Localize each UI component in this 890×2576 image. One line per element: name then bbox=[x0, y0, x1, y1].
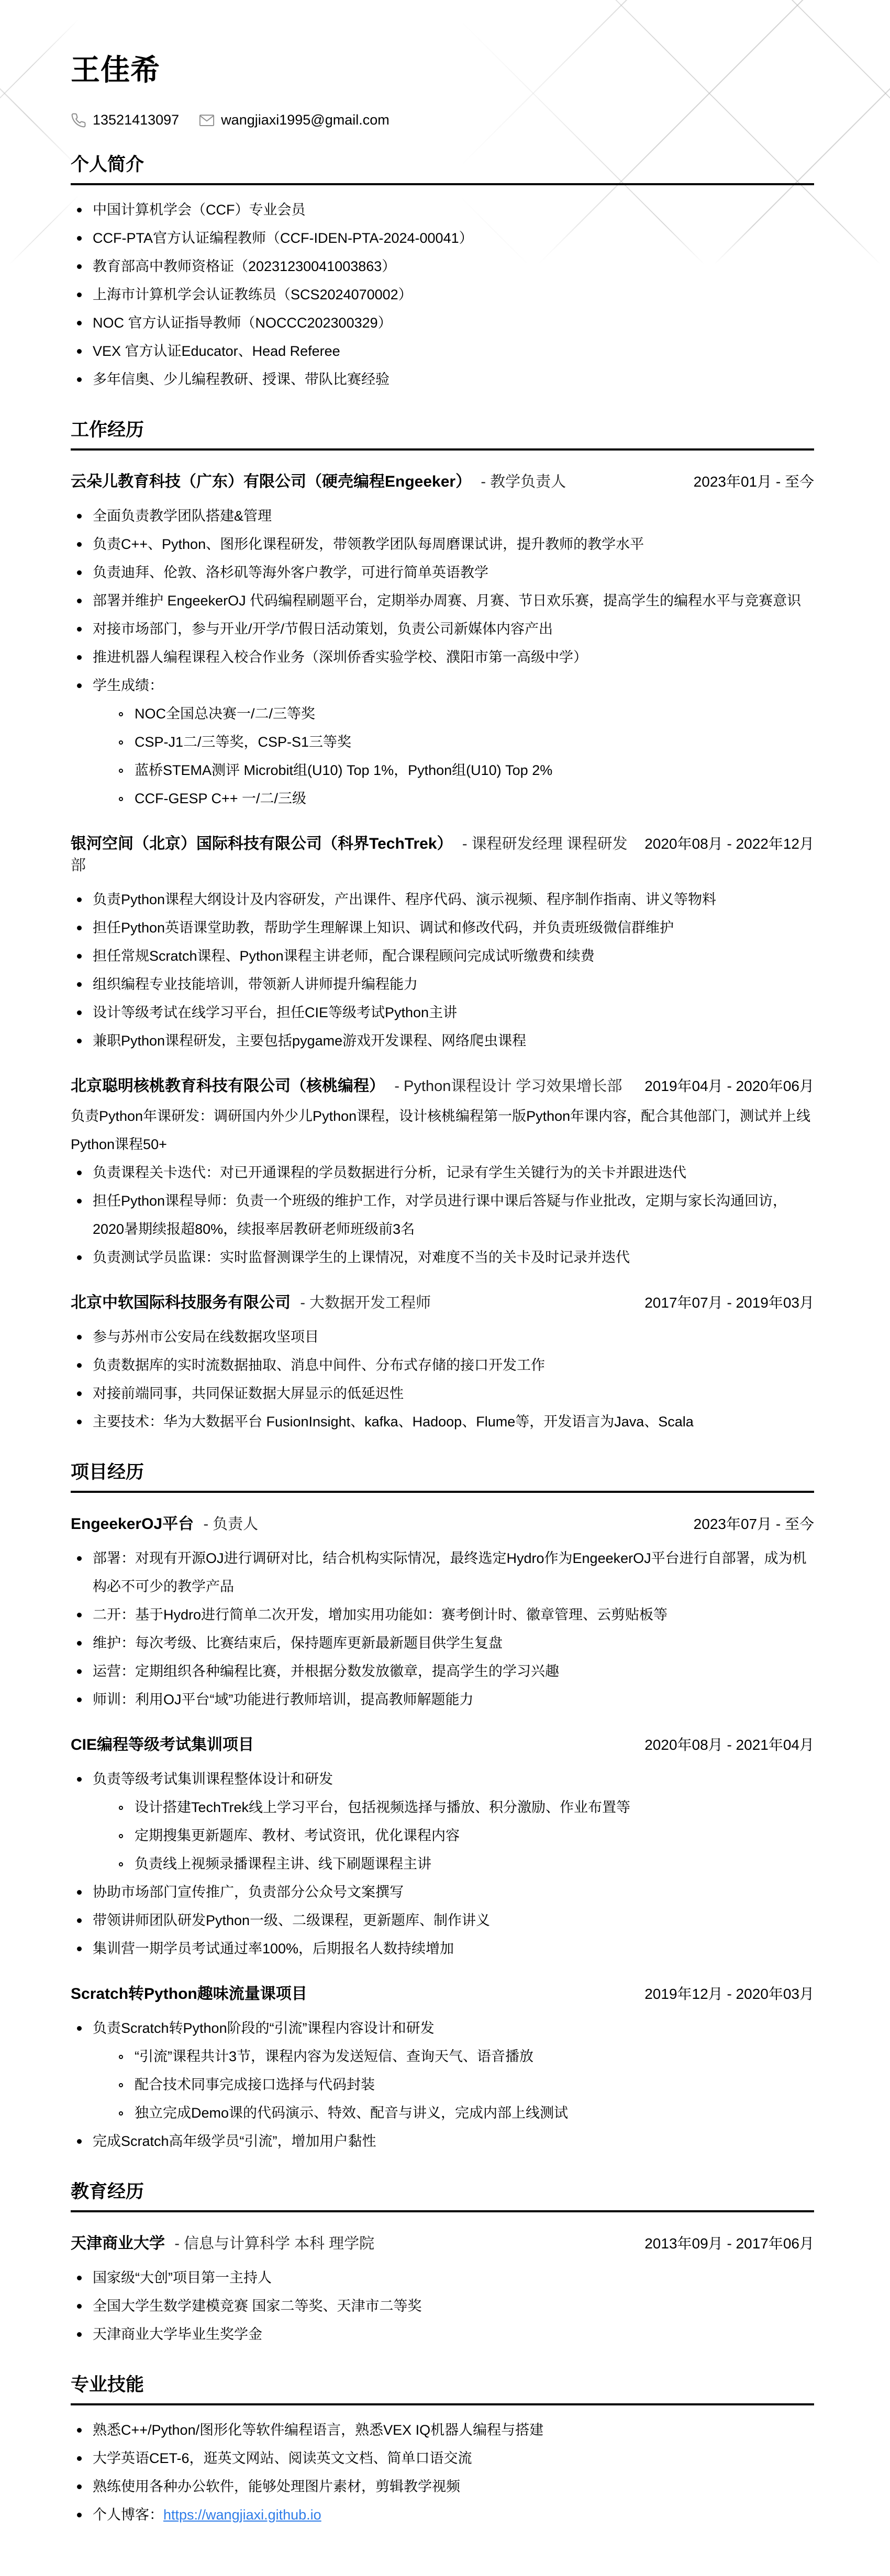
job-header-left: 云朵儿教育科技（广东）有限公司（硬壳编程Engeeker） - 教学负责人 bbox=[71, 468, 566, 491]
bullet-text: 运营：定期组织各种编程比赛，并根据分数发放徽章，提高学生的学习兴趣 bbox=[93, 1663, 559, 1679]
list-item: 负责等级考试集训课程整体设计和研发 设计搭建TechTrek线上学习平台，包括视… bbox=[71, 1765, 814, 1878]
list-item: 熟练使用各种办公软件，能够处理图片素材，剪辑教学视频 bbox=[71, 2472, 814, 2501]
grades-label: 学生成绩： bbox=[93, 678, 163, 693]
list-item: VEX 官方认证Educator、Head Referee bbox=[71, 337, 814, 365]
list-item: 组织编程专业技能培训，带领新人讲师提升编程能力 bbox=[71, 970, 814, 998]
bullet-text: 对接前端同事，共同保证数据大屏显示的低延迟性 bbox=[93, 1386, 404, 1401]
job-period: 2023年01月 - 至今 bbox=[694, 470, 814, 491]
project-name: EngeekerOJ平台 bbox=[71, 1515, 194, 1533]
bullet-text: 上海市计算机学会认证教练员（SCS2024070002） bbox=[93, 287, 413, 302]
job-header: 云朵儿教育科技（广东）有限公司（硬壳编程Engeeker） - 教学负责人 20… bbox=[71, 468, 814, 491]
job-period: 2020年08月 - 2022年12月 bbox=[644, 833, 814, 853]
list-item: 负责C++、Python、图形化课程研发，带领教学团队每周磨课试讲，提升教师的教… bbox=[71, 530, 814, 558]
bullet-text: 教育部高中教师资格证（20231230041003863） bbox=[93, 258, 396, 274]
bullet-text: 负责测试学员监课：实时监督测课学生的上课情况，对难度不当的关卡及时记录并迭代 bbox=[93, 1250, 630, 1265]
bullet-text: 兼职Python课程研发，主要包括pygame游戏开发课程、网络爬虫课程 bbox=[93, 1033, 526, 1049]
project-bullets: 负责Scratch转Python阶段的“引流”课程内容设计和研发 “引流”课程共… bbox=[71, 2014, 814, 2155]
list-item: 集训营一期学员考试通过率100%，后期报名人数持续增加 bbox=[71, 1934, 814, 1963]
list-item: 担任Python英语课堂助教，帮助学生理解课上知识、调试和修改代码，并负责班级微… bbox=[71, 914, 814, 942]
list-item: 负责Python课程大纲设计及内容研发，产出课件、程序代码、演示视频、程序制作指… bbox=[71, 885, 814, 914]
job-entry: 银河空间（北京）国际科技有限公司（科界TechTrek） - 课程研发经理 课程… bbox=[71, 830, 814, 1055]
bullet-text: 配合技术同事完成接口选择与代码封装 bbox=[135, 2077, 375, 2093]
project-bullets: 负责等级考试集训课程整体设计和研发 设计搭建TechTrek线上学习平台，包括视… bbox=[71, 1765, 814, 1963]
list-item: 对接前端同事，共同保证数据大屏显示的低延迟性 bbox=[71, 1379, 814, 1408]
list-item: 完成Scratch高年级学员“引流”，增加用户黏性 bbox=[71, 2127, 814, 2155]
summary-list: 中国计算机学会（CCF）专业会员 CCF-PTA官方认证编程教师（CCF-IDE… bbox=[71, 196, 814, 393]
envelope-icon bbox=[199, 114, 215, 127]
bullet-text: 国家级“大创”项目第一主持人 bbox=[93, 2270, 272, 2286]
phone-number: 13521413097 bbox=[93, 112, 179, 128]
bullet-text: 担任Python课程导师：负责一个班级的维护工作，对学员进行课中课后答疑与作业批… bbox=[93, 1193, 787, 1237]
bullet-text: 设计等级考试在线学习平台，担任CIE等级考试Python主讲 bbox=[93, 1005, 457, 1020]
job-entry: 北京中软国际科技服务有限公司 - 大数据开发工程师 2017年07月 - 201… bbox=[71, 1289, 814, 1436]
school-program: - 信息与计算科学 本科 理学院 bbox=[174, 2235, 374, 2252]
project-header: CIE编程等级考试集训项目 2020年08月 - 2021年04月 bbox=[71, 1731, 814, 1754]
school-header-left: 天津商业大学 - 信息与计算科学 本科 理学院 bbox=[71, 2230, 374, 2253]
list-item: 设计等级考试在线学习平台，担任CIE等级考试Python主讲 bbox=[71, 998, 814, 1027]
sub-list-item: 蓝桥STEMA测评 Microbit组(U10) Top 1%，Python组(… bbox=[114, 756, 814, 784]
list-item: 负责课程关卡迭代：对已开通课程的学员数据进行分析，记录有学生关键行为的关卡并跟进… bbox=[71, 1158, 814, 1187]
bullet-text: CSP-J1二/三等奖，CSP-S1三等奖 bbox=[135, 734, 351, 750]
phone-icon bbox=[71, 113, 86, 128]
bullet-text: 主要技术：华为大数据平台 FusionInsight、kafka、Hadoop、… bbox=[93, 1414, 694, 1430]
list-item: 多年信奥、少儿编程教研、授课、带队比赛经验 bbox=[71, 365, 814, 393]
resume-page: 王佳希 13521413097 wangjiaxi1995@gmail.com … bbox=[0, 0, 890, 2576]
job-period: 2019年04月 - 2020年06月 bbox=[644, 1075, 814, 1096]
bullet-text: 负责等级考试集训课程整体设计和研发 bbox=[93, 1771, 333, 1787]
sub-list-item: NOC全国总决赛一/二/三等奖 bbox=[114, 700, 814, 728]
bullet-text: 组织编程专业技能培训，带领新人讲师提升编程能力 bbox=[93, 976, 418, 992]
section-summary: 个人简介 中国计算机学会（CCF）专业会员 CCF-PTA官方认证编程教师（CC… bbox=[71, 150, 814, 393]
list-item: 教育部高中教师资格证（20231230041003863） bbox=[71, 252, 814, 280]
section-projects: 项目经历 EngeekerOJ平台 - 负责人 2023年07月 - 至今 部署… bbox=[71, 1458, 814, 2155]
blog-link[interactable]: https://wangjiaxi.github.io bbox=[163, 2507, 321, 2523]
projects-title: 项目经历 bbox=[71, 1458, 814, 1493]
bullet-text: 师训：利用OJ平台“域”功能进行教师培训，提高教师解题能力 bbox=[93, 1692, 473, 1707]
bullet-text: 负责迪拜、伦敦、洛杉矶等海外客户教学，可进行简单英语教学 bbox=[93, 565, 488, 580]
bullet-text: 二开：基于Hydro进行简单二次开发，增加实用功能如：赛考倒计时、徽章管理、云剪… bbox=[93, 1607, 667, 1623]
list-item: 主要技术：华为大数据平台 FusionInsight、kafka、Hadoop、… bbox=[71, 1408, 814, 1436]
bullet-text: 推进机器人编程课程入校合作业务（深圳侨香实验学校、濮阳市第一高级中学） bbox=[93, 649, 587, 665]
job-entry: 北京聪明核桃教育科技有限公司（核桃编程） - Python课程设计 学习效果增长… bbox=[71, 1073, 814, 1272]
project-header-left: Scratch转Python趣味流量课项目 bbox=[71, 1981, 313, 2004]
resume-content: 王佳希 13521413097 wangjiaxi1995@gmail.com … bbox=[0, 0, 890, 2576]
job-header: 北京聪明核桃教育科技有限公司（核桃编程） - Python课程设计 学习效果增长… bbox=[71, 1073, 814, 1096]
project-role: - 负责人 bbox=[203, 1516, 258, 1533]
list-item: 学生成绩： NOC全国总决赛一/二/三等奖 CSP-J1二/三等奖，CSP-S1… bbox=[71, 671, 814, 813]
bullet-text: 熟悉C++/Python/图形化等软件编程语言，熟悉VEX IQ机器人编程与搭建 bbox=[93, 2422, 543, 2438]
job-role: - Python课程设计 学习效果增长部 bbox=[394, 1078, 622, 1095]
job-bullets: 负责Python课程大纲设计及内容研发，产出课件、程序代码、演示视频、程序制作指… bbox=[71, 885, 814, 1055]
bullet-text: 全面负责教学团队搭建&管理 bbox=[93, 508, 272, 524]
bullet-text: 设计搭建TechTrek线上学习平台，包括视频选择与播放、积分激励、作业布置等 bbox=[135, 1799, 630, 1815]
list-item: 全面负责教学团队搭建&管理 bbox=[71, 502, 814, 530]
bullet-text: 担任Python英语课堂助教，帮助学生理解课上知识、调试和修改代码，并负责班级微… bbox=[93, 920, 674, 936]
bullet-text: CCF-GESP C++ 一/二/三级 bbox=[135, 791, 306, 806]
project-header-left: CIE编程等级考试集训项目 bbox=[71, 1731, 259, 1754]
list-item: 带领讲师团队研发Python一级、二级课程，更新题库、制作讲义 bbox=[71, 1906, 814, 1934]
sub-list-item: CCF-GESP C++ 一/二/三级 bbox=[114, 784, 814, 813]
list-item: 师训：利用OJ平台“域”功能进行教师培训，提高教师解题能力 bbox=[71, 1685, 814, 1714]
bullet-text: 部署并维护 EngeekerOJ 代码编程刷题平台，定期举办周赛、月赛、节日欢乐… bbox=[93, 593, 801, 609]
bullet-text: 协助市场部门宣传推广，负责部分公众号文案撰写 bbox=[93, 1884, 404, 1900]
skills-title: 专业技能 bbox=[71, 2370, 814, 2405]
bullet-text: 全国大学生数学建模竞赛 国家二等奖、天津市二等奖 bbox=[93, 2298, 422, 2314]
grades-sublist: NOC全国总决赛一/二/三等奖 CSP-J1二/三等奖，CSP-S1三等奖 蓝桥… bbox=[114, 700, 814, 813]
education-title: 教育经历 bbox=[71, 2177, 814, 2212]
project-entry: Scratch转Python趣味流量课项目 2019年12月 - 2020年03… bbox=[71, 1981, 814, 2155]
bullet-text: 参与苏州市公安局在线数据攻坚项目 bbox=[93, 1329, 319, 1345]
list-item: 天津商业大学毕业生奖学金 bbox=[71, 2320, 814, 2348]
project-period: 2020年08月 - 2021年04月 bbox=[644, 1734, 814, 1754]
sub-list-item: “引流”课程共计3节，课程内容为发送短信、查询天气、语音播放 bbox=[114, 2042, 814, 2071]
summary-title: 个人简介 bbox=[71, 150, 814, 185]
bullet-text: “引流”课程共计3节，课程内容为发送短信、查询天气、语音播放 bbox=[135, 2049, 533, 2064]
bullet-text: VEX 官方认证Educator、Head Referee bbox=[93, 343, 340, 359]
school-name: 天津商业大学 bbox=[71, 2235, 165, 2252]
job-header: 北京中软国际科技服务有限公司 - 大数据开发工程师 2017年07月 - 201… bbox=[71, 1289, 814, 1312]
bullet-text: 定期搜集更新题库、教材、考试资讯，优化课程内容 bbox=[135, 1828, 460, 1843]
contact-row: 13521413097 wangjiaxi1995@gmail.com bbox=[71, 112, 814, 128]
list-item: 全国大学生数学建模竞赛 国家二等奖、天津市二等奖 bbox=[71, 2292, 814, 2320]
candidate-name: 王佳希 bbox=[71, 0, 814, 89]
list-item: 参与苏州市公安局在线数据攻坚项目 bbox=[71, 1323, 814, 1351]
section-skills: 专业技能 熟悉C++/Python/图形化等软件编程语言，熟悉VEX IQ机器人… bbox=[71, 2370, 814, 2529]
bullet-text: 负责课程关卡迭代：对已开通课程的学员数据进行分析，记录有学生关键行为的关卡并跟进… bbox=[93, 1165, 686, 1180]
list-item: 推进机器人编程课程入校合作业务（深圳侨香实验学校、濮阳市第一高级中学） bbox=[71, 643, 814, 671]
blog-label: 个人博客： bbox=[93, 2507, 163, 2523]
work-title: 工作经历 bbox=[71, 415, 814, 451]
job-header-left: 北京聪明核桃教育科技有限公司（核桃编程） - Python课程设计 学习效果增长… bbox=[71, 1073, 622, 1096]
project-name: Scratch转Python趣味流量课项目 bbox=[71, 1985, 307, 2003]
job-bullets: 全面负责教学团队搭建&管理 负责C++、Python、图形化课程研发，带领教学团… bbox=[71, 502, 814, 813]
company-name: 北京中软国际科技服务有限公司 bbox=[71, 1294, 291, 1311]
list-item: 协助市场部门宣传推广，负责部分公众号文案撰写 bbox=[71, 1878, 814, 1906]
list-item: CCF-PTA官方认证编程教师（CCF-IDEN-PTA-2024-00041） bbox=[71, 224, 814, 252]
job-header-left: 北京中软国际科技服务有限公司 - 大数据开发工程师 bbox=[71, 1289, 431, 1312]
bullet-text: 部署：对现有开源OJ进行调研对比，结合机构实际情况，最终选定Hydro作为Eng… bbox=[93, 1550, 807, 1594]
skills-list: 熟悉C++/Python/图形化等软件编程语言，熟悉VEX IQ机器人编程与搭建… bbox=[71, 2416, 814, 2529]
school-period: 2013年09月 - 2017年06月 bbox=[644, 2232, 814, 2253]
job-header: 银河空间（北京）国际科技有限公司（科界TechTrek） - 课程研发经理 课程… bbox=[71, 830, 814, 875]
project-bullets: 部署：对现有开源OJ进行调研对比，结合机构实际情况，最终选定Hydro作为Eng… bbox=[71, 1544, 814, 1714]
sub-list-item: 设计搭建TechTrek线上学习平台，包括视频选择与播放、积分激励、作业布置等 bbox=[114, 1793, 814, 1821]
bullet-text: 负责线上视频录播课程主讲、线下刷题课程主讲 bbox=[135, 1856, 431, 1872]
email-address: wangjiaxi1995@gmail.com bbox=[221, 112, 390, 128]
company-name: 银河空间（北京）国际科技有限公司（科界TechTrek） bbox=[71, 835, 453, 852]
bullet-text: 蓝桥STEMA测评 Microbit组(U10) Top 1%，Python组(… bbox=[135, 762, 552, 778]
list-item: NOC 官方认证指导教师（NOCCC202300329） bbox=[71, 309, 814, 337]
bullet-text: 负责Python课程大纲设计及内容研发，产出课件、程序代码、演示视频、程序制作指… bbox=[93, 892, 716, 907]
bullet-text: 负责C++、Python、图形化课程研发，带领教学团队每周磨课试讲，提升教师的教… bbox=[93, 536, 644, 552]
bullet-text: NOC全国总决赛一/二/三等奖 bbox=[135, 706, 315, 722]
list-item: 部署：对现有开源OJ进行调研对比，结合机构实际情况，最终选定Hydro作为Eng… bbox=[71, 1544, 814, 1601]
bullet-text: 担任常规Scratch课程、Python课程主讲老师，配合课程顾问完成试听缴费和… bbox=[93, 948, 595, 964]
list-item: 二开：基于Hydro进行简单二次开发，增加实用功能如：赛考倒计时、徽章管理、云剪… bbox=[71, 1601, 814, 1629]
section-education: 教育经历 天津商业大学 - 信息与计算科学 本科 理学院 2013年09月 - … bbox=[71, 2177, 814, 2348]
bullet-text: 多年信奥、少儿编程教研、授课、带队比赛经验 bbox=[93, 372, 390, 387]
bullet-text: 熟练使用各种办公软件，能够处理图片素材，剪辑教学视频 bbox=[93, 2479, 460, 2494]
project-name: CIE编程等级考试集训项目 bbox=[71, 1736, 254, 1753]
list-item: 个人博客：https://wangjiaxi.github.io bbox=[71, 2501, 814, 2529]
job-role: - 大数据开发工程师 bbox=[300, 1295, 431, 1311]
section-work: 工作经历 云朵儿教育科技（广东）有限公司（硬壳编程Engeeker） - 教学负… bbox=[71, 415, 814, 1436]
school-header: 天津商业大学 - 信息与计算科学 本科 理学院 2013年09月 - 2017年… bbox=[71, 2230, 814, 2253]
job-period: 2017年07月 - 2019年03月 bbox=[644, 1291, 814, 1312]
list-item: 担任Python课程导师：负责一个班级的维护工作，对学员进行课中课后答疑与作业批… bbox=[71, 1187, 814, 1243]
sub-list-item: 独立完成Demo课的代码演示、特效、配音与讲义，完成内部上线测试 bbox=[114, 2099, 814, 2127]
bullet-text: 对接市场部门，参与开业/开学/节假日活动策划，负责公司新媒体内容产出 bbox=[93, 621, 553, 637]
list-item: 维护：每次考级、比赛结束后，保持题库更新最新题目供学生复盘 bbox=[71, 1629, 814, 1657]
list-item: 国家级“大创”项目第一主持人 bbox=[71, 2264, 814, 2292]
project-entry: CIE编程等级考试集训项目 2020年08月 - 2021年04月 负责等级考试… bbox=[71, 1731, 814, 1963]
bullet-text: 集训营一期学员考试通过率100%，后期报名人数持续增加 bbox=[93, 1941, 454, 1956]
bullet-text: 带领讲师团队研发Python一级、二级课程，更新题库、制作讲义 bbox=[93, 1913, 490, 1928]
bullet-text: CCF-PTA官方认证编程教师（CCF-IDEN-PTA-2024-00041） bbox=[93, 230, 473, 246]
job-bullets: 参与苏州市公安局在线数据攻坚项目 负责数据库的实时流数据抽取、消息中间件、分布式… bbox=[71, 1323, 814, 1436]
list-item: 担任常规Scratch课程、Python课程主讲老师，配合课程顾问完成试听缴费和… bbox=[71, 942, 814, 970]
job-header-left: 银河空间（北京）国际科技有限公司（科界TechTrek） - 课程研发经理 课程… bbox=[71, 830, 629, 875]
bullet-text: 天津商业大学毕业生奖学金 bbox=[93, 2326, 262, 2342]
project-sublist: “引流”课程共计3节，课程内容为发送短信、查询天气、语音播放 配合技术同事完成接… bbox=[114, 2042, 814, 2127]
sub-list-item: CSP-J1二/三等奖，CSP-S1三等奖 bbox=[114, 728, 814, 756]
bullet-text: 负责数据库的实时流数据抽取、消息中间件、分布式存储的接口开发工作 bbox=[93, 1357, 545, 1373]
list-item: 大学英语CET-6，逛英文网站、阅读英文文档、简单口语交流 bbox=[71, 2444, 814, 2472]
sub-list-item: 配合技术同事完成接口选择与代码封装 bbox=[114, 2071, 814, 2099]
sub-list-item: 负责线上视频录播课程主讲、线下刷题课程主讲 bbox=[114, 1850, 814, 1878]
bullet-text: 负责Scratch转Python阶段的“引流”课程内容设计和研发 bbox=[93, 2020, 435, 2036]
list-item: 负责测试学员监课：实时监督测课学生的上课情况，对难度不当的关卡及时记录并迭代 bbox=[71, 1243, 814, 1272]
list-item: 对接市场部门，参与开业/开学/节假日活动策划，负责公司新媒体内容产出 bbox=[71, 615, 814, 643]
job-role: - 教学负责人 bbox=[481, 474, 566, 490]
list-item: 负责Scratch转Python阶段的“引流”课程内容设计和研发 “引流”课程共… bbox=[71, 2014, 814, 2127]
bullet-text: 独立完成Demo课的代码演示、特效、配音与讲义，完成内部上线测试 bbox=[135, 2105, 568, 2121]
job-entry: 云朵儿教育科技（广东）有限公司（硬壳编程Engeeker） - 教学负责人 20… bbox=[71, 468, 814, 813]
bullet-text: 大学英语CET-6，逛英文网站、阅读英文文档、简单口语交流 bbox=[93, 2450, 472, 2466]
project-header-left: EngeekerOJ平台 - 负责人 bbox=[71, 1511, 258, 1534]
school-entry: 天津商业大学 - 信息与计算科学 本科 理学院 2013年09月 - 2017年… bbox=[71, 2230, 814, 2348]
list-item: 负责数据库的实时流数据抽取、消息中间件、分布式存储的接口开发工作 bbox=[71, 1351, 814, 1379]
list-item: 运营：定期组织各种编程比赛，并根据分数发放徽章，提高学生的学习兴趣 bbox=[71, 1657, 814, 1685]
list-item: 部署并维护 EngeekerOJ 代码编程刷题平台，定期举办周赛、月赛、节日欢乐… bbox=[71, 587, 814, 615]
school-bullets: 国家级“大创”项目第一主持人 全国大学生数学建模竞赛 国家二等奖、天津市二等奖 … bbox=[71, 2264, 814, 2348]
bullet-text: NOC 官方认证指导教师（NOCCC202300329） bbox=[93, 315, 392, 331]
list-item: 负责迪拜、伦敦、洛杉矶等海外客户教学，可进行简单英语教学 bbox=[71, 558, 814, 587]
list-item: 熟悉C++/Python/图形化等软件编程语言，熟悉VEX IQ机器人编程与搭建 bbox=[71, 2416, 814, 2444]
project-header: EngeekerOJ平台 - 负责人 2023年07月 - 至今 bbox=[71, 1511, 814, 1534]
list-item: 兼职Python课程研发，主要包括pygame游戏开发课程、网络爬虫课程 bbox=[71, 1027, 814, 1055]
list-item: 中国计算机学会（CCF）专业会员 bbox=[71, 196, 814, 224]
job-bullets: 负责课程关卡迭代：对已开通课程的学员数据进行分析，记录有学生关键行为的关卡并跟进… bbox=[71, 1158, 814, 1272]
company-name: 北京聪明核桃教育科技有限公司（核桃编程） bbox=[71, 1077, 385, 1095]
bullet-text: 中国计算机学会（CCF）专业会员 bbox=[93, 202, 306, 218]
project-period: 2023年07月 - 至今 bbox=[694, 1513, 814, 1534]
company-name: 云朵儿教育科技（广东）有限公司（硬壳编程Engeeker） bbox=[71, 473, 471, 490]
job-intro-paragraph: 负责Python年课研发：调研国内外少儿Python课程，设计核桃编程第一版Py… bbox=[71, 1102, 814, 1158]
sub-list-item: 定期搜集更新题库、教材、考试资讯，优化课程内容 bbox=[114, 1821, 814, 1850]
project-header: Scratch转Python趣味流量课项目 2019年12月 - 2020年03… bbox=[71, 1981, 814, 2004]
project-sublist: 设计搭建TechTrek线上学习平台，包括视频选择与播放、积分激励、作业布置等 … bbox=[114, 1793, 814, 1878]
list-item: 上海市计算机学会认证教练员（SCS2024070002） bbox=[71, 280, 814, 309]
bullet-text: 维护：每次考级、比赛结束后，保持题库更新最新题目供学生复盘 bbox=[93, 1635, 503, 1651]
project-entry: EngeekerOJ平台 - 负责人 2023年07月 - 至今 部署：对现有开… bbox=[71, 1511, 814, 1714]
bullet-text: 完成Scratch高年级学员“引流”，增加用户黏性 bbox=[93, 2133, 376, 2149]
project-period: 2019年12月 - 2020年03月 bbox=[644, 1983, 814, 2004]
